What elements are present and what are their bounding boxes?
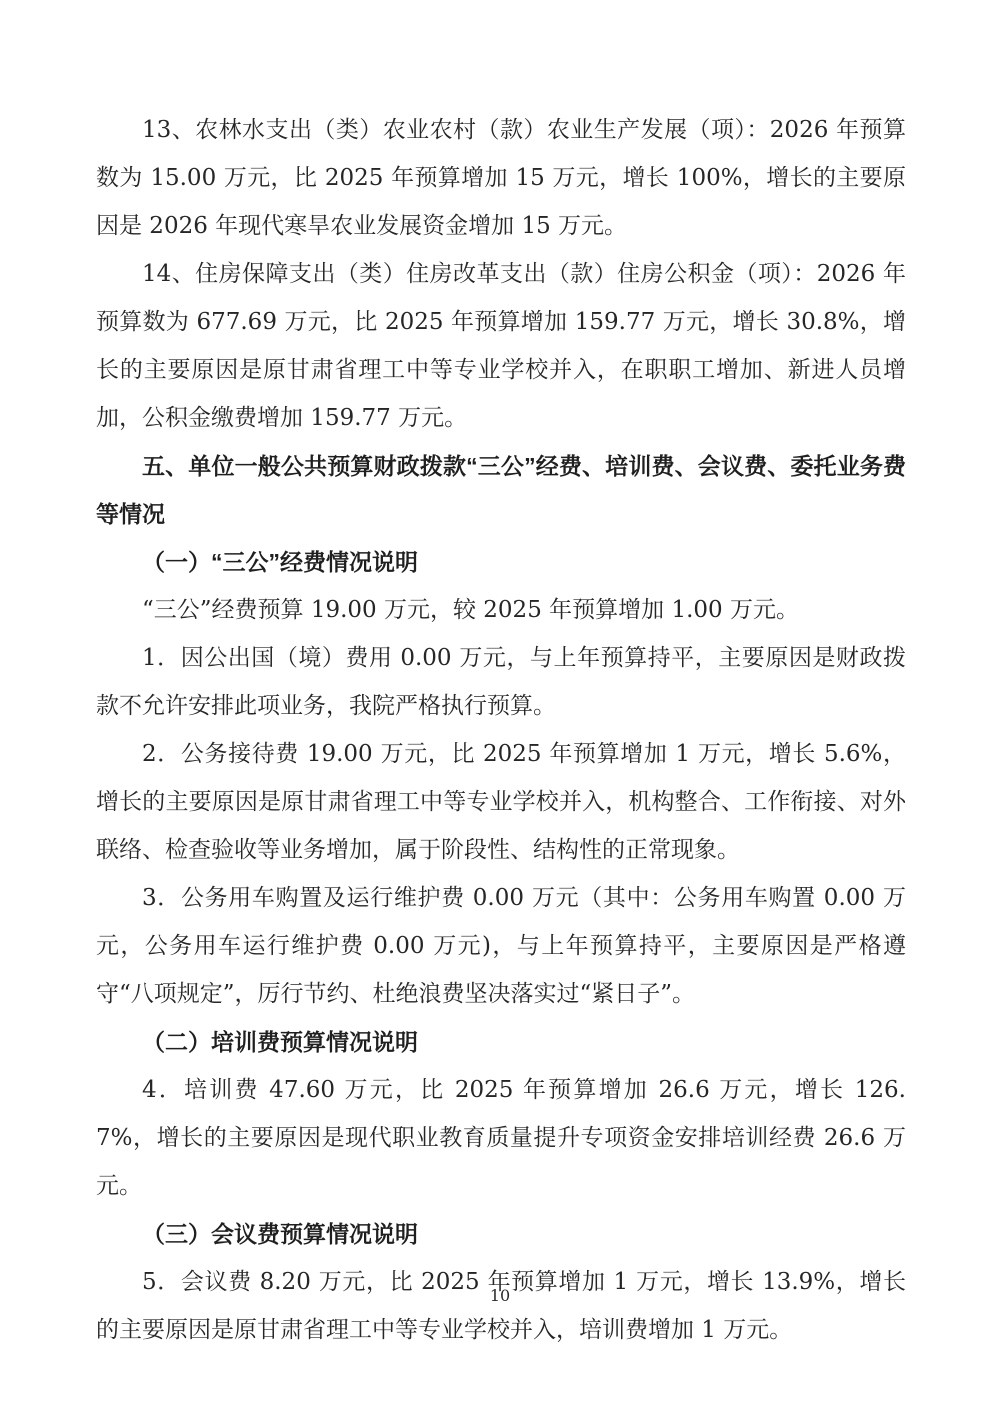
paragraph-item-14-housing-expenditure: 14、住房保障支出（类）住房改革支出（款）住房公积金（项）：2026 年预算数为…	[96, 250, 906, 442]
paragraph-item-13-agriculture-expenditure: 13、农林水支出（类）农业农村（款）农业生产发展（项）：2026 年预算数为 1…	[96, 106, 906, 250]
page-footer: 10	[0, 1284, 1000, 1308]
section-heading-five-three-public-funds: 五、单位一般公共预算财政拨款“三公”经费、培训费、会议费、委托业务费等情况	[96, 442, 906, 538]
paragraph-item-4-training-fee: 4．培训费 47.60 万元，比 2025 年预算增加 26.6 万元，增长 1…	[96, 1066, 906, 1210]
document-page: 13、农林水支出（类）农业农村（款）农业生产发展（项）：2026 年预算数为 1…	[0, 0, 1000, 1414]
page-number: 10	[490, 1286, 510, 1305]
paragraph-three-public-budget-summary: “三公”经费预算 19.00 万元，较 2025 年预算增加 1.00 万元。	[96, 586, 906, 634]
subsection-heading-two-training-fee: （二）培训费预算情况说明	[96, 1018, 906, 1066]
subsection-heading-three-meeting-fee: （三）会议费预算情况说明	[96, 1210, 906, 1258]
paragraph-item-1-overseas-travel: 1．因公出国（境）费用 0.00 万元，与上年预算持平，主要原因是财政拨款不允许…	[96, 634, 906, 730]
subsection-heading-one-three-public-explanation: （一）“三公”经费情况说明	[96, 538, 906, 586]
paragraph-item-2-official-reception: 2．公务接待费 19.00 万元，比 2025 年预算增加 1 万元，增长 5.…	[96, 730, 906, 874]
paragraph-item-3-official-vehicles: 3．公务用车购置及运行维护费 0.00 万元（其中：公务用车购置 0.00 万元…	[96, 874, 906, 1018]
